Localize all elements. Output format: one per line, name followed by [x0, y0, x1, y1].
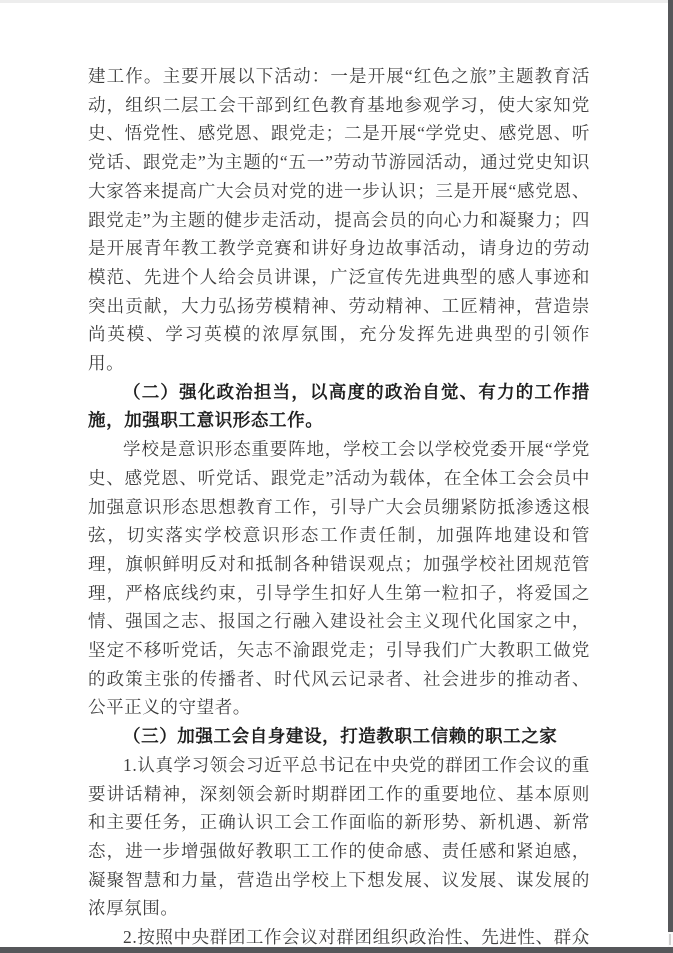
document-page: 建工作。主要开展以下活动：一是开展“红色之旅”主题教育活动，组织二层工会干部到红…	[0, 0, 673, 953]
document-content: 建工作。主要开展以下活动：一是开展“红色之旅”主题教育活动，组织二层工会干部到红…	[88, 62, 590, 952]
section-heading: （三）加强工会自身建设，打造教职工信赖的职工之家	[88, 722, 590, 751]
paragraph: 2.按照中央群团工作会议对群团组织政治性、先进性、群众	[88, 923, 590, 952]
paragraph: 建工作。主要开展以下活动：一是开展“红色之旅”主题教育活动，组织二层工会干部到红…	[88, 62, 590, 378]
paragraph: 学校是意识形态重要阵地，学校工会以学校党委开展“学党史、感党恩、听党话、跟党走”…	[88, 435, 590, 722]
paragraph: 1.认真学习领会习近平总书记在中央党的群团工作会议的重要讲话精神，深刻领会新时期…	[88, 751, 590, 923]
window-top-edge	[0, 0, 673, 3]
notch-line	[669, 934, 671, 945]
page-corner-notch	[668, 932, 673, 947]
section-heading: （二）强化政治担当，以高度的政治自觉、有力的工作措施，加强职工意识形态工作。	[88, 378, 590, 435]
window-right-edge	[668, 0, 673, 932]
